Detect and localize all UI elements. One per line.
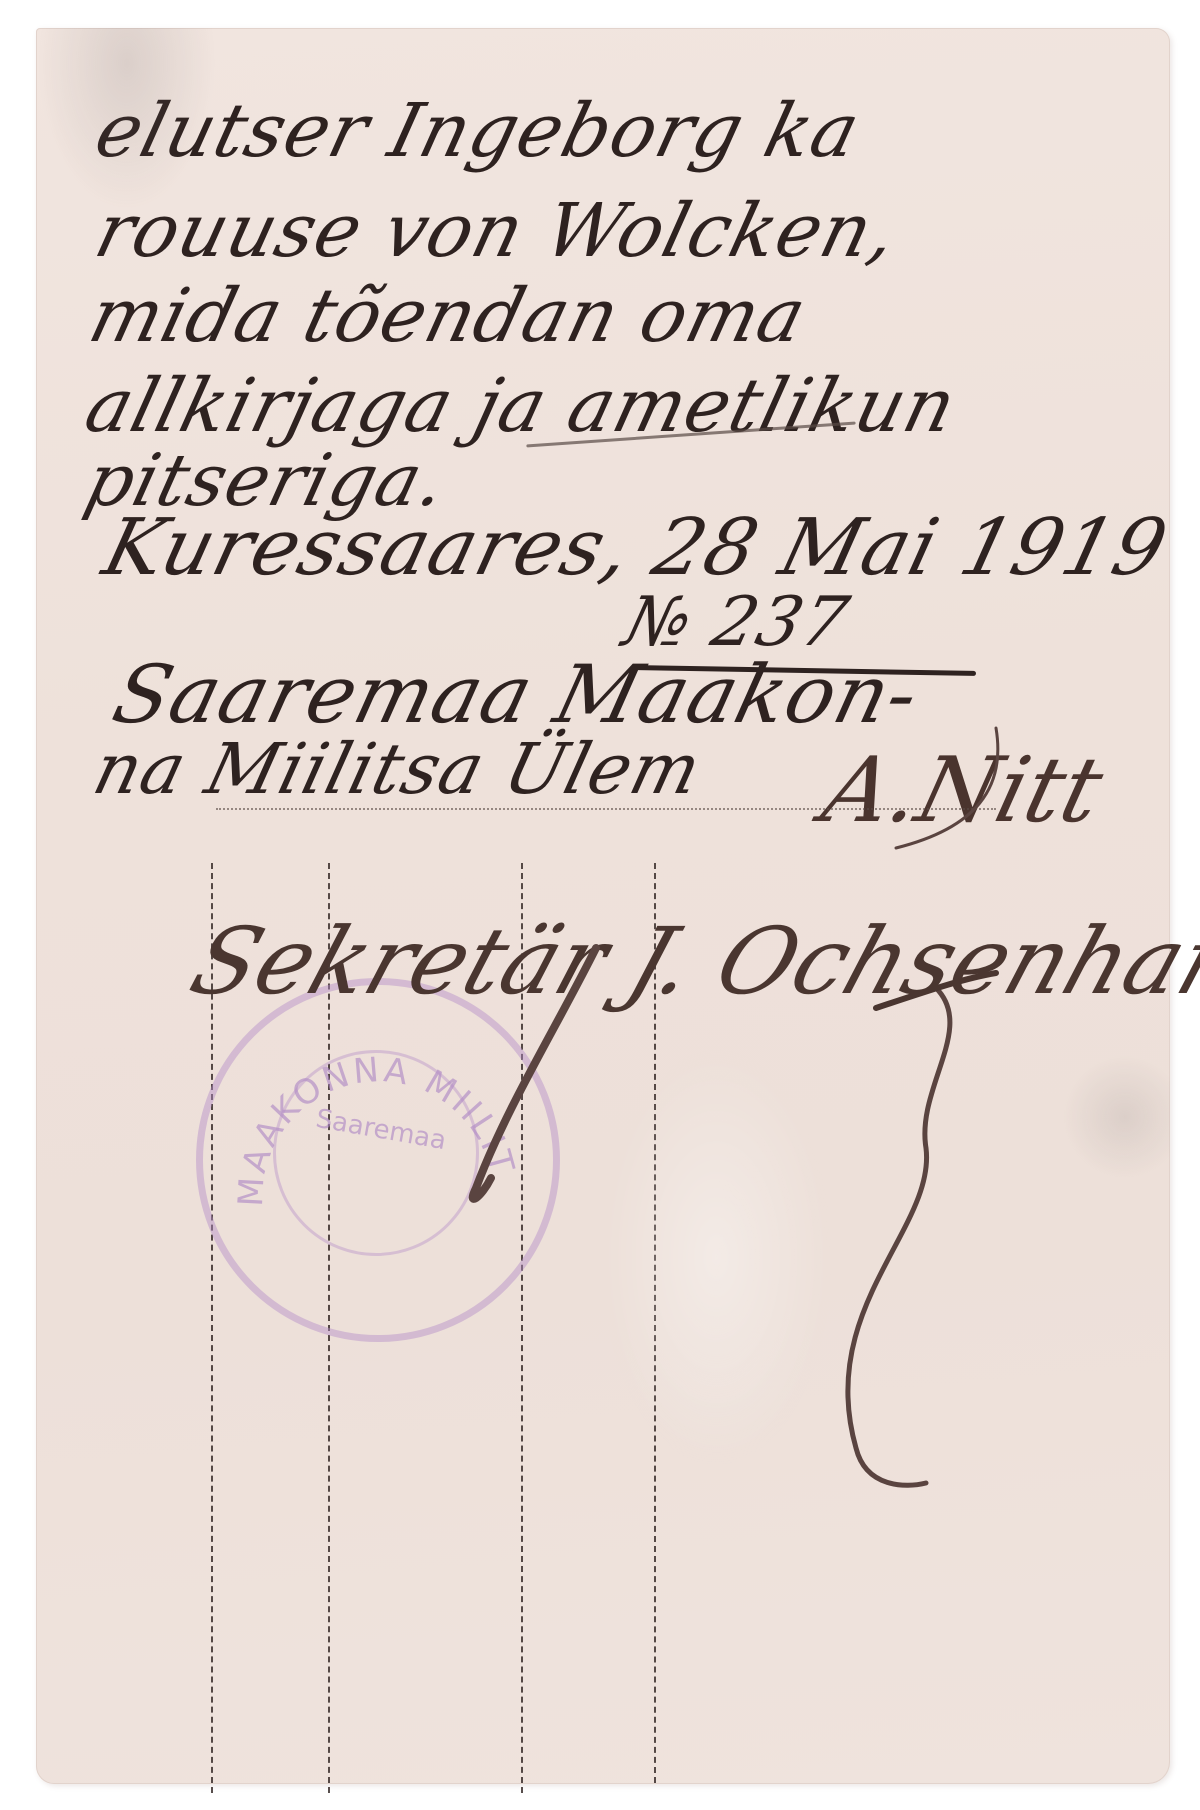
printed-divider-line <box>216 808 996 810</box>
place-date-line: Kuressaares, 28 Mai 1919 <box>95 503 1176 593</box>
handwritten-line-3: mida tõendan oma <box>81 273 815 359</box>
official-stamp: MAAKONNA MIILITS Saaremaa <box>196 978 560 1342</box>
postcard: elutser Ingeborg ka rouuse von Wolcken, … <box>36 28 1170 1784</box>
handwritten-line-2: rouuse von Wolcken, <box>87 188 906 274</box>
handwritten-line-4: allkirjaga ja ametlikun <box>77 363 965 449</box>
handwritten-line-title-2: na Miilitsa Ülem <box>86 728 710 810</box>
handwritten-line-1: elutser Ingeborg ka <box>87 88 868 174</box>
chief-signature: A.Nitt <box>813 738 1113 843</box>
secretary-signature: Sekretär J. Ochsenhardt <box>179 908 1200 1015</box>
